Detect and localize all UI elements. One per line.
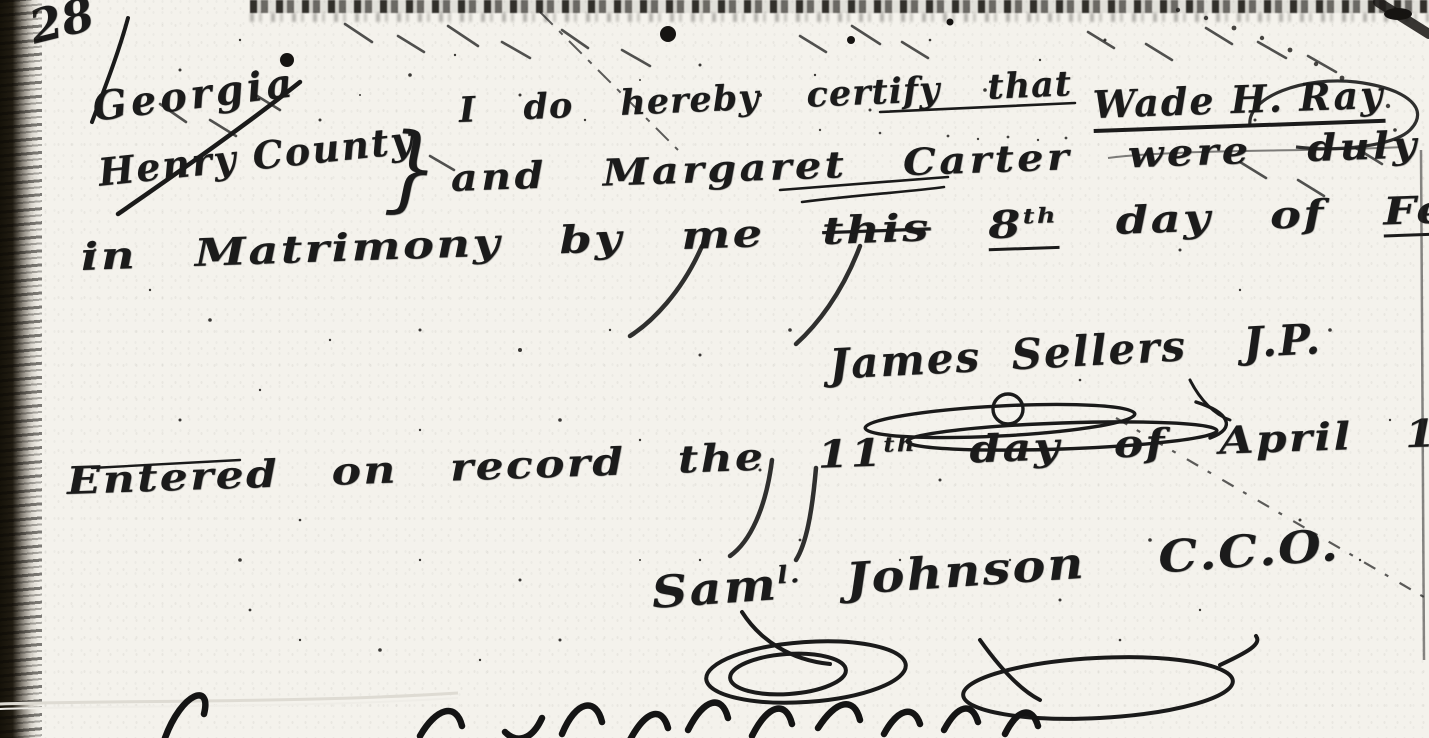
marriage-day: 8th <box>987 200 1059 251</box>
county-name: Henry County <box>96 117 416 195</box>
recording-month: April <box>1218 413 1353 463</box>
scanned-marriage-record-page: 28 Georgia Henry County } I do hereby ce… <box>0 0 1429 738</box>
clerk-name-superscript: l. <box>776 559 802 590</box>
clerk-last-name: Johnson <box>844 538 1087 606</box>
recording-statement: Entered on record the 11th day of April … <box>66 406 1429 503</box>
recording-day-suffix: th <box>883 431 917 457</box>
handwriting-layer: 28 Georgia Henry County } I do hereby ce… <box>0 0 1429 738</box>
clerk-first-name: Saml. <box>650 557 804 618</box>
scan-gutter-shadow <box>0 0 42 738</box>
day-ordinal-suffix: th <box>1022 202 1058 228</box>
groom-name-text: Wade H. Ray <box>1092 72 1385 133</box>
groom-name: Wade H. Ray <box>1092 72 1385 127</box>
clerk-title: C.C.O. <box>1157 520 1342 584</box>
recording-year: 1827. <box>1404 406 1429 456</box>
bride-name: Margaret Carter <box>602 134 1073 194</box>
county-brace: } <box>383 112 440 224</box>
officiant-name: James Sellers <box>828 321 1188 389</box>
state-name: Georgia <box>90 59 299 131</box>
struck-word-this: this <box>821 204 931 253</box>
officiant-signature: James Sellers J.P. <box>828 314 1323 389</box>
certification-opening: I do hereby certify that <box>458 63 1073 131</box>
day-of-phrase: day of <box>1115 191 1327 243</box>
recording-day: 11th <box>817 428 918 476</box>
conjunction: and <box>450 153 548 200</box>
recording-opening: Entered on record the <box>66 434 766 503</box>
certification-line2: and Margaret Carter were duly joined <box>450 114 1429 199</box>
scan-top-edge-band <box>250 0 1429 13</box>
marriage-month: February <box>1382 180 1429 238</box>
clerk-signature: Saml. Johnson C.C.O. <box>650 520 1341 619</box>
officiant-title: J.P. <box>1242 314 1323 367</box>
recording-day-of: day of <box>969 420 1168 472</box>
